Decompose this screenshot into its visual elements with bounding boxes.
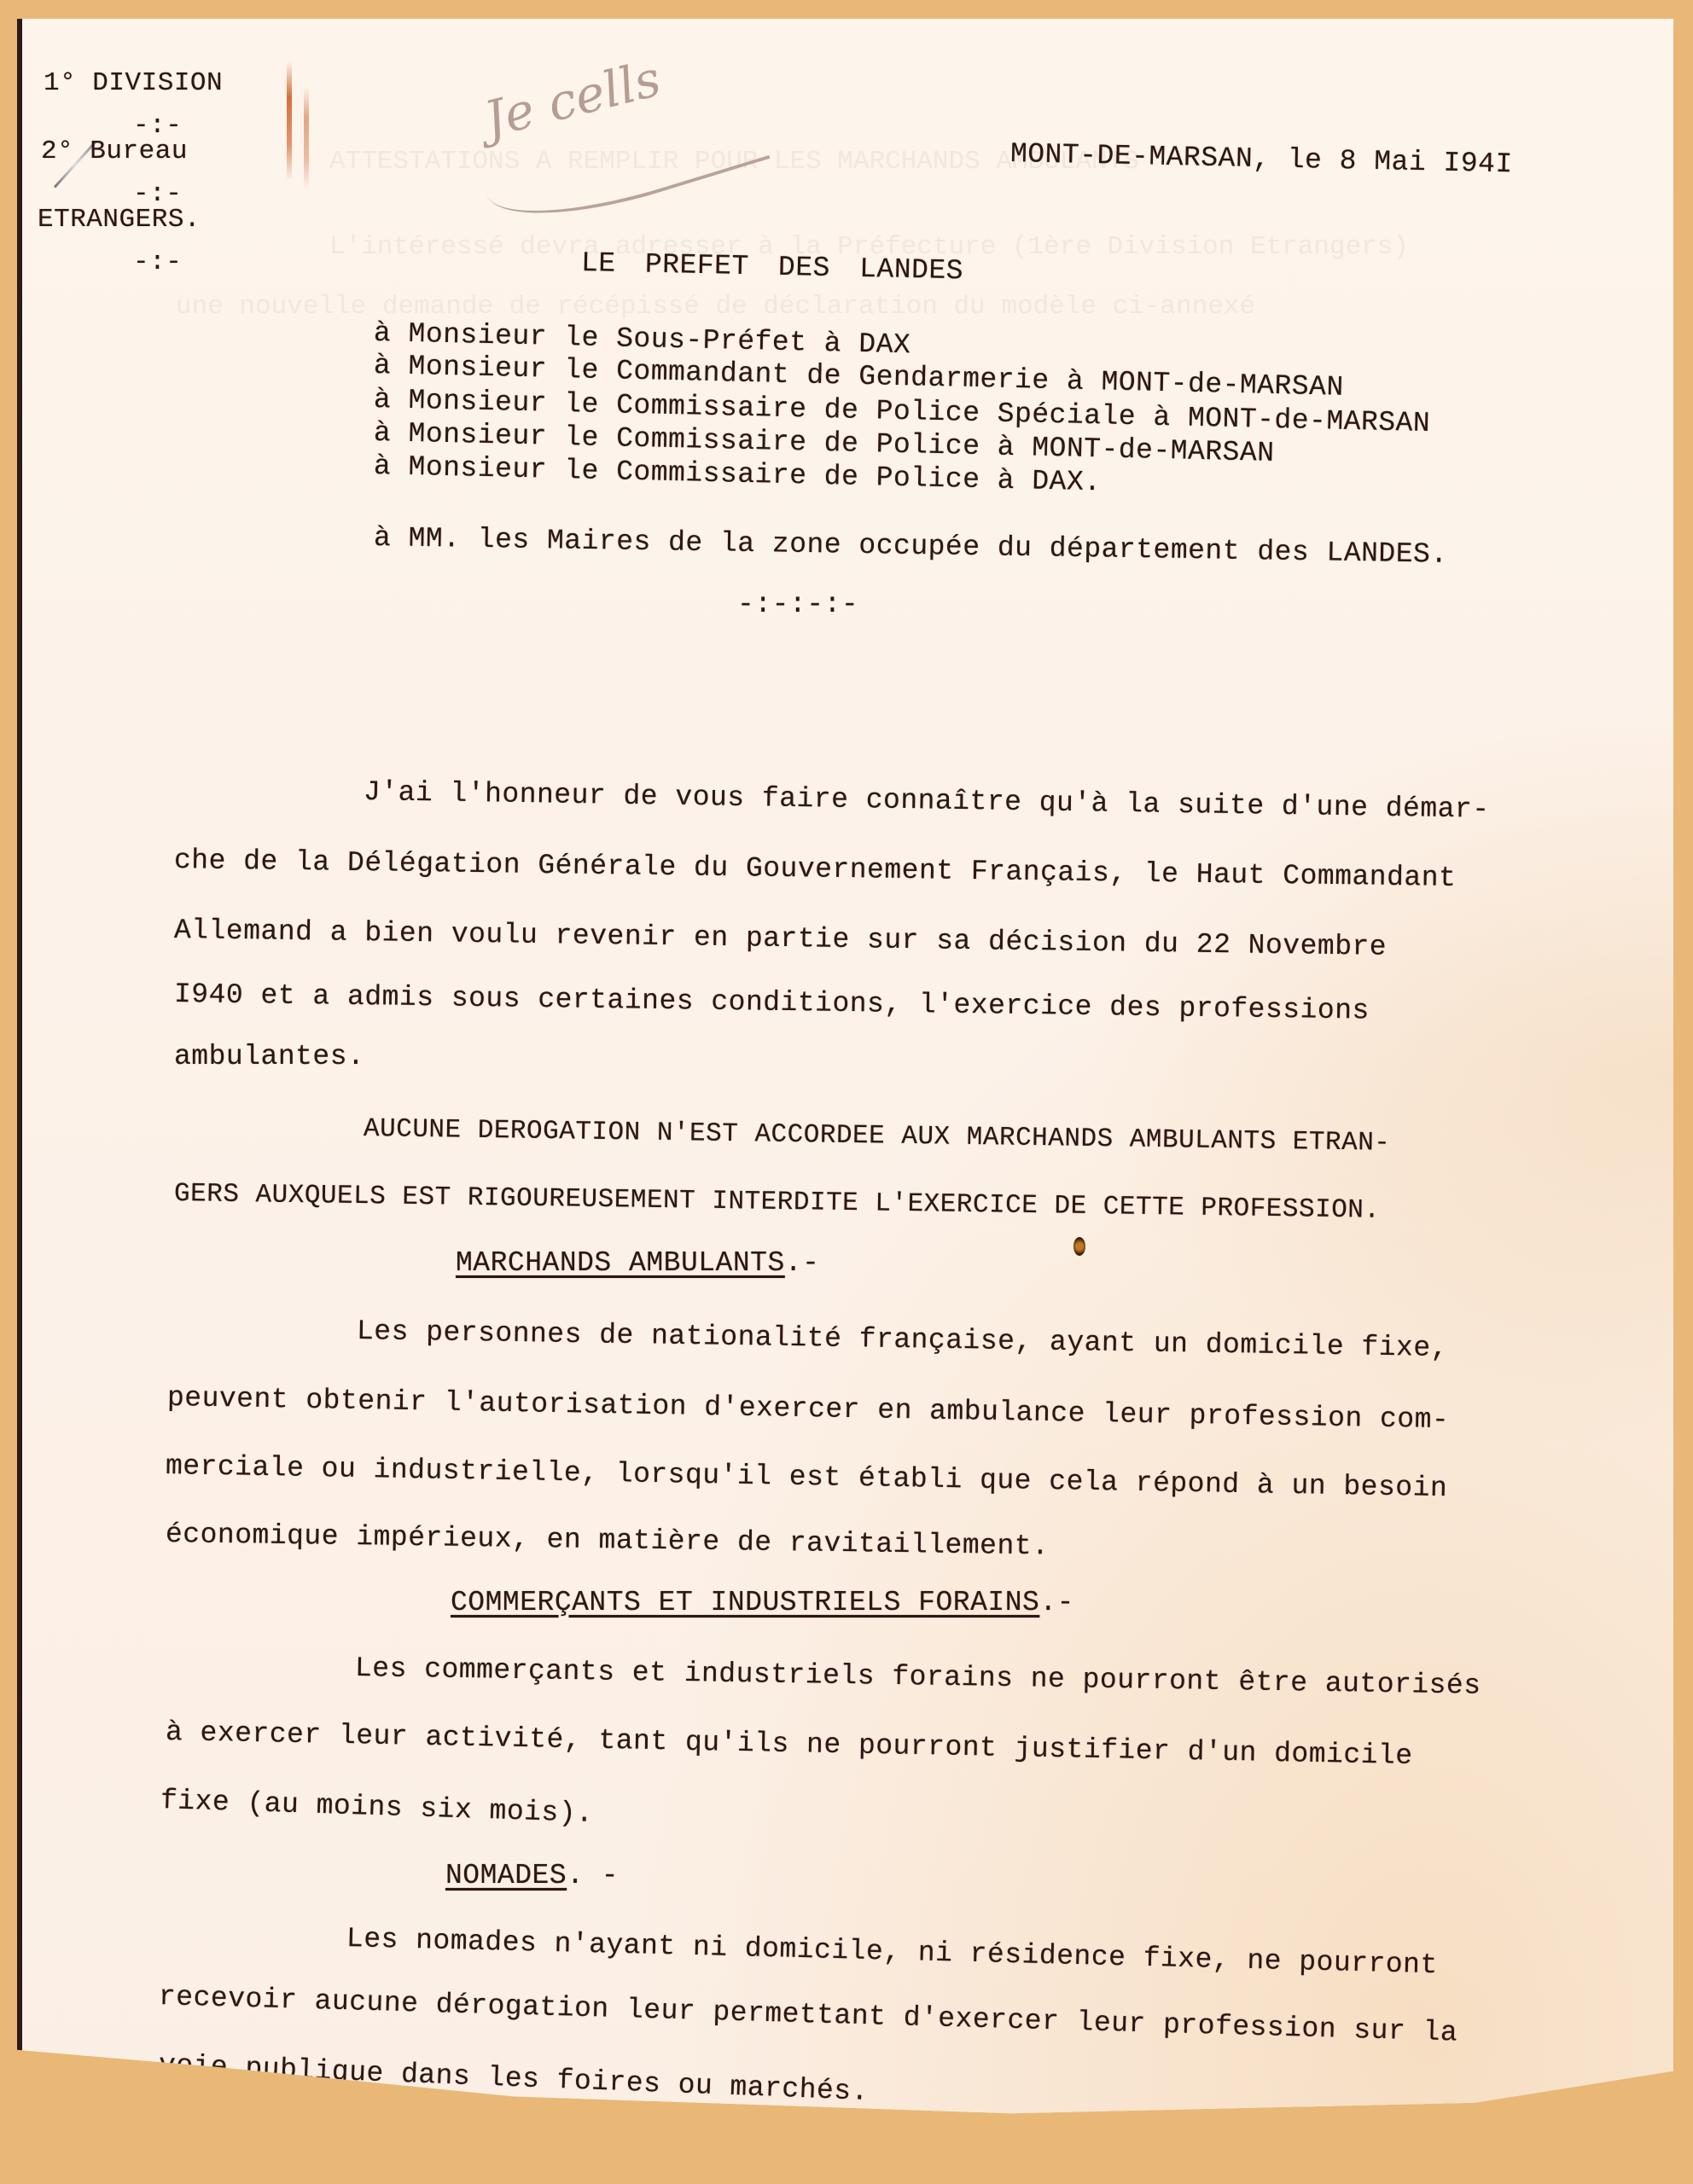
body-line: Les personnes de nationalité française, … [357, 1316, 1449, 1364]
body-line: J'ai l'honneur de vous faire connaître q… [364, 776, 1490, 826]
body-line: merciale ou industrielle, lorsqu'il est … [166, 1450, 1448, 1504]
rust-stain [304, 87, 309, 189]
body-line: che de la Délégation Générale du Gouvern… [174, 845, 1457, 894]
place-date: MONT-DE-MARSAN, le 8 Mai I94I [1010, 138, 1513, 180]
section-heading-suffix: .- [1039, 1587, 1074, 1618]
section-heading: COMMERÇANTS ET INDUSTRIELS FORAINS.- [451, 1587, 1074, 1618]
body-line: recevoir aucune dérogation leur permetta… [158, 1981, 1457, 2049]
bleed-through-text: une nouvelle demande de récépissé de déc… [176, 292, 1255, 322]
body-line: Allemand a bien voulu revenir en partie … [174, 915, 1388, 963]
notice-line: AUCUNE DEROGATION N'EST ACCORDEE AUX MAR… [364, 1114, 1391, 1159]
section-heading-text: NOMADES [445, 1860, 567, 1891]
ink-stain [1073, 1237, 1085, 1256]
section-heading: NOMADES. - [445, 1860, 619, 1891]
body-line: peuvent obtenir l'autorisation d'exercer… [167, 1382, 1450, 1436]
section-heading-text: MARCHANDS AMBULANTS [456, 1247, 785, 1279]
notice-line: GERS AUXQUELS EST RIGOUREUSEMENT INTERDI… [174, 1179, 1381, 1226]
header-separator: -:- [133, 247, 182, 277]
body-line: économique impérieux, en matière de ravi… [166, 1519, 1050, 1562]
body-line: à exercer leur activité, tant qu'ils ne … [166, 1716, 1413, 1772]
section-heading-suffix: . - [567, 1860, 619, 1891]
recipient-mayors: à MM. les Maires de la zone occupée du d… [374, 522, 1448, 571]
body-line: Les commerçants et industriels forains n… [355, 1653, 1481, 1702]
rust-stain [287, 61, 292, 181]
section-heading-text: COMMERÇANTS ET INDUSTRIELS FORAINS [451, 1587, 1039, 1618]
continuation-mark: . . . . [1200, 2126, 1321, 2158]
section-heading: MARCHANDS AMBULANTS.- [456, 1247, 819, 1279]
section-heading-suffix: .- [785, 1247, 820, 1279]
document-page: ATTESTATIONS A REMPLIR POUR LES MARCHAND… [17, 19, 1673, 2135]
body-line: fixe (au moins six mois). [160, 1785, 594, 1830]
body-line: ambulantes. [174, 1041, 364, 1072]
header-service: ETRANGERS. [38, 205, 201, 235]
header-division: 1° DIVISION [44, 68, 223, 98]
header-bureau: 2° Bureau [41, 136, 188, 166]
section-separator: -:-:-:- [737, 589, 858, 620]
sender-title: LE PREFET DES LANDES [581, 247, 964, 287]
body-line: I940 et a admis sous certaines condition… [174, 979, 1370, 1027]
body-line: voie publique dans les foires ou marchés… [158, 2049, 869, 2108]
body-line: Les nomades n'ayant ni domicile, ni rési… [346, 1923, 1439, 1981]
